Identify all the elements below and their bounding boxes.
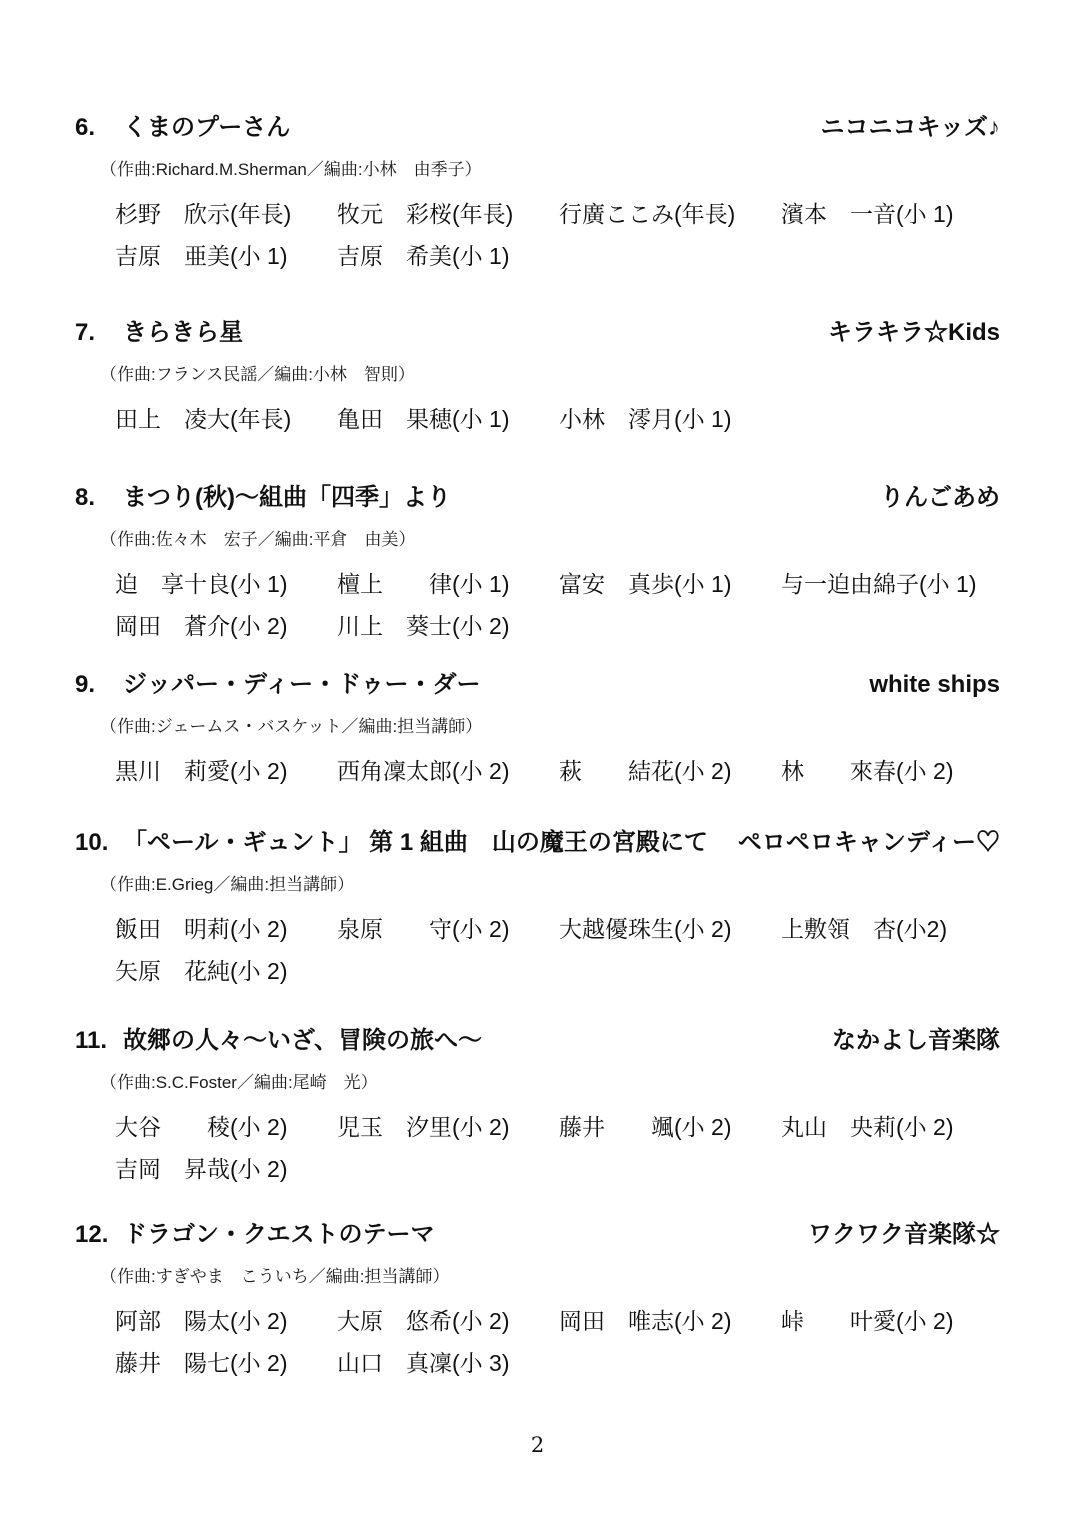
performer-row: 阿部 陽太(小 2) 大原 悠希(小 2) 岡田 唯志(小 2) 峠 叶愛(小 … [115,1307,1000,1336]
piece-title-row: 10. 「ペール・ギュント」 第 1 組曲 山の魔王の宮殿にて ペロペロキャンデ… [75,828,1000,858]
performer-name: 藤井 陽七(小 2) [115,1349,337,1378]
performer-row: 吉岡 昇哉(小 2) [115,1155,1000,1184]
performer-name: 阿部 陽太(小 2) [115,1307,337,1336]
performer-name: 大越優珠生(小 2) [559,915,781,944]
performer-name: 岡田 唯志(小 2) [559,1307,781,1336]
performer-name: 萩 結花(小 2) [559,757,781,786]
performer-row: 杉野 欣示(年長) 牧元 彩桜(年長) 行廣ここみ(年長) 濱本 一音(小 1) [115,200,1000,229]
piece-number: 8. [75,483,123,513]
performer-name: 田上 凌大(年長) [115,405,337,434]
performer-row: 矢原 花純(小 2) [115,957,1000,986]
performer-row: 吉原 亜美(小 1) 吉原 希美(小 1) [115,242,1000,271]
performer-row: 藤井 陽七(小 2) 山口 真凜(小 3) [115,1349,1000,1378]
performer-list: 杉野 欣示(年長) 牧元 彩桜(年長) 行廣ここみ(年長) 濱本 一音(小 1)… [115,200,1000,271]
program-item-9: 9. ジッパー・ディー・ドゥー・ダー white ships （作曲:ジェームス… [75,670,1000,786]
performer-name: 矢原 花純(小 2) [115,957,288,986]
program-item-8: 8. まつり(秋)～組曲「四季」より りんごあめ （作曲:佐々木 宏子／編曲:平… [75,483,1000,641]
performer-name: 林 來春(小 2) [781,757,954,786]
program-item-7: 7. きらきら星 キラキラ☆Kids （作曲:フランス民謡／編曲:小林 智則） … [75,318,1000,434]
performer-list: 迫 享十良(小 1) 檀上 律(小 1) 富安 真歩(小 1) 与一迫由綿子(小… [115,570,1000,641]
performer-name: 吉原 希美(小 1) [337,242,510,271]
piece-title: 故郷の人々～いざ、冒険の旅へ～ [123,1026,482,1056]
piece-number: 12. [75,1220,123,1250]
program-item-11: 11. 故郷の人々～いざ、冒険の旅へ～ なかよし音楽隊 （作曲:S.C.Fost… [75,1026,1000,1184]
credits-line: （作曲:ジェームス・バスケット／編曲:担当講師） [100,715,1000,738]
program-item-12: 12. ドラゴン・クエストのテーマ ワクワク音楽隊☆ （作曲:すぎやま こういち… [75,1220,1000,1378]
performer-name: 泉原 守(小 2) [337,915,559,944]
performer-name: 黒川 莉愛(小 2) [115,757,337,786]
piece-title-row: 7. きらきら星 キラキラ☆Kids [75,318,1000,348]
performer-list: 黒川 莉愛(小 2) 西角凜太郎(小 2) 萩 結花(小 2) 林 來春(小 2… [115,757,1000,786]
performer-name: 山口 真凜(小 3) [337,1349,510,1378]
piece-number: 9. [75,670,123,700]
performer-name: 亀田 果穂(小 1) [337,405,559,434]
performer-row: 岡田 蒼介(小 2) 川上 葵士(小 2) [115,612,1000,641]
credits-line: （作曲:Richard.M.Sherman／編曲:小林 由季子） [100,158,1000,181]
performer-list: 阿部 陽太(小 2) 大原 悠希(小 2) 岡田 唯志(小 2) 峠 叶愛(小 … [115,1307,1000,1378]
piece-title: 「ペール・ギュント」 第 1 組曲 山の魔王の宮殿にて [123,828,708,858]
program-item-6: 6. くまのプーさん ニコニコキッズ♪ （作曲:Richard.M.Sherma… [75,113,1000,271]
performer-name: 峠 叶愛(小 2) [781,1307,954,1336]
performer-name: 富安 真歩(小 1) [559,570,781,599]
piece-title: ドラゴン・クエストのテーマ [123,1220,435,1250]
piece-title: くまのプーさん [123,113,290,143]
performer-name: 牧元 彩桜(年長) [337,200,559,229]
performer-list: 飯田 明莉(小 2) 泉原 守(小 2) 大越優珠生(小 2) 上敷領 杏(小2… [115,915,1000,986]
piece-title: ジッパー・ディー・ドゥー・ダー [123,670,480,700]
performer-list: 大谷 稜(小 2) 児玉 汐里(小 2) 藤井 颯(小 2) 丸山 央莉(小 2… [115,1113,1000,1184]
ensemble-name: ニコニコキッズ♪ [820,113,1000,143]
performer-list: 田上 凌大(年長) 亀田 果穂(小 1) 小林 澪月(小 1) [115,405,1000,434]
piece-title: きらきら星 [123,318,243,348]
performer-name: 大谷 稜(小 2) [115,1113,337,1142]
performer-name: 行廣ここみ(年長) [559,200,781,229]
performer-name: 川上 葵士(小 2) [337,612,510,641]
program-page: { "page": { "number": "2" }, "sections":… [0,0,1075,1518]
performer-name: 吉岡 昇哉(小 2) [115,1155,288,1184]
performer-name: 迫 享十良(小 1) [115,570,337,599]
ensemble-name: キラキラ☆Kids [828,318,1000,348]
performer-name: 丸山 央莉(小 2) [781,1113,954,1142]
performer-name: 飯田 明莉(小 2) [115,915,337,944]
program-item-10: 10. 「ペール・ギュント」 第 1 組曲 山の魔王の宮殿にて ペロペロキャンデ… [75,828,1000,986]
credits-line: （作曲:E.Grieg／編曲:担当講師） [100,873,1000,896]
piece-title: まつり(秋)～組曲「四季」より [123,483,451,513]
performer-row: 大谷 稜(小 2) 児玉 汐里(小 2) 藤井 颯(小 2) 丸山 央莉(小 2… [115,1113,1000,1142]
credits-line: （作曲:S.C.Foster／編曲:尾崎 光） [100,1071,1000,1094]
piece-title-row: 8. まつり(秋)～組曲「四季」より りんごあめ [75,483,1000,513]
performer-name: 藤井 颯(小 2) [559,1113,781,1142]
piece-number: 11. [75,1026,123,1056]
ensemble-name: ペロペロキャンディー♡ [738,828,1000,858]
performer-row: 黒川 莉愛(小 2) 西角凜太郎(小 2) 萩 結花(小 2) 林 來春(小 2… [115,757,1000,786]
piece-number: 7. [75,318,123,348]
performer-name: 与一迫由綿子(小 1) [781,570,977,599]
performer-name: 大原 悠希(小 2) [337,1307,559,1336]
performer-row: 迫 享十良(小 1) 檀上 律(小 1) 富安 真歩(小 1) 与一迫由綿子(小… [115,570,1000,599]
performer-name: 吉原 亜美(小 1) [115,242,337,271]
performer-name: 児玉 汐里(小 2) [337,1113,559,1142]
credits-line: （作曲:フランス民謡／編曲:小林 智則） [100,363,1000,386]
performer-name: 檀上 律(小 1) [337,570,559,599]
performer-name: 杉野 欣示(年長) [115,200,337,229]
piece-title-row: 12. ドラゴン・クエストのテーマ ワクワク音楽隊☆ [75,1220,1000,1250]
ensemble-name: white ships [869,670,1000,700]
page-number: 2 [0,1433,1075,1457]
performer-row: 飯田 明莉(小 2) 泉原 守(小 2) 大越優珠生(小 2) 上敷領 杏(小2… [115,915,1000,944]
performer-name: 岡田 蒼介(小 2) [115,612,337,641]
credits-line: （作曲:佐々木 宏子／編曲:平倉 由美） [100,528,1000,551]
ensemble-name: ワクワク音楽隊☆ [808,1220,1000,1250]
performer-row: 田上 凌大(年長) 亀田 果穂(小 1) 小林 澪月(小 1) [115,405,1000,434]
piece-number: 6. [75,113,123,143]
piece-number: 10. [75,828,123,858]
piece-title-row: 9. ジッパー・ディー・ドゥー・ダー white ships [75,670,1000,700]
ensemble-name: なかよし音楽隊 [832,1026,1000,1056]
performer-name: 上敷領 杏(小2) [781,915,947,944]
performer-name: 小林 澪月(小 1) [559,405,732,434]
performer-name: 西角凜太郎(小 2) [337,757,559,786]
piece-title-row: 11. 故郷の人々～いざ、冒険の旅へ～ なかよし音楽隊 [75,1026,1000,1056]
ensemble-name: りんごあめ [880,483,1000,513]
performer-name: 濱本 一音(小 1) [781,200,954,229]
credits-line: （作曲:すぎやま こういち／編曲:担当講師） [100,1265,1000,1288]
piece-title-row: 6. くまのプーさん ニコニコキッズ♪ [75,113,1000,143]
